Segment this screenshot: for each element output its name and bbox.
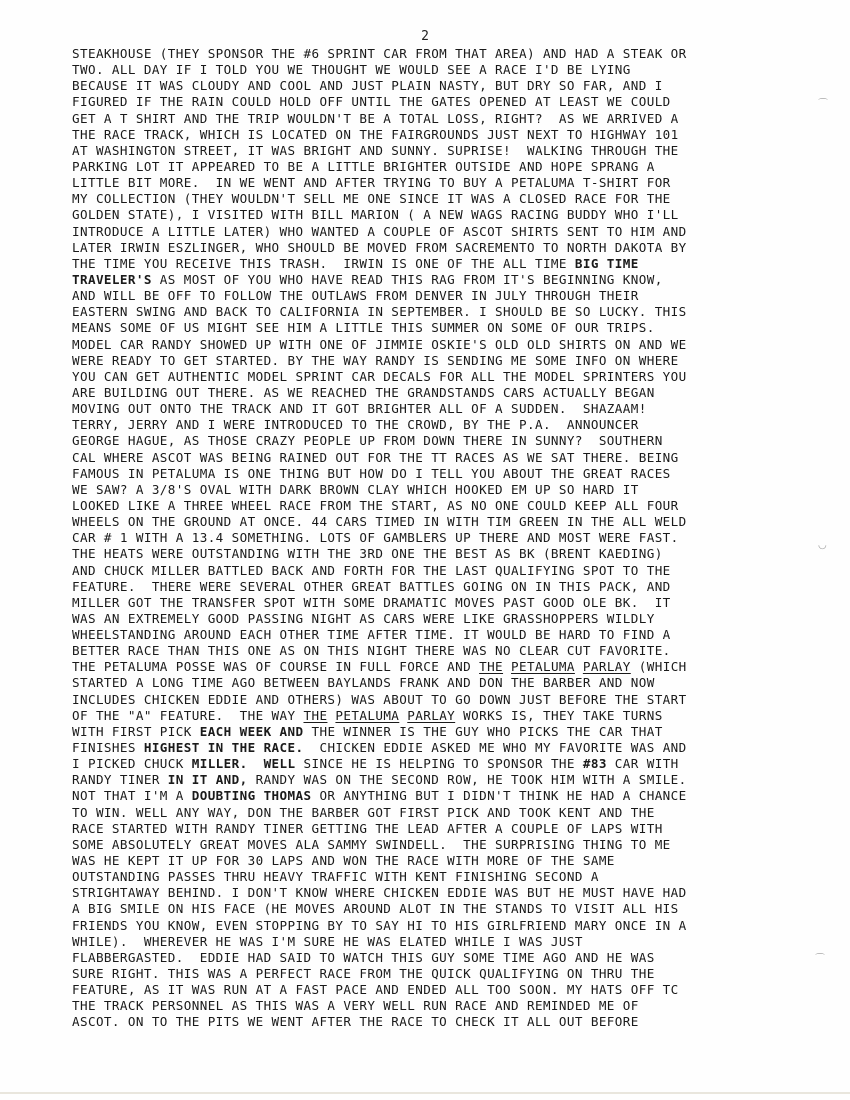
text-run: (WHICH	[631, 659, 687, 674]
text-line: EASTERN SWING AND BACK TO CALIFORNIA IN …	[72, 304, 850, 320]
text-run: THE RACE TRACK, WHICH IS LOCATED ON THE …	[72, 127, 679, 142]
text-run: I PICKED CHUCK	[72, 756, 192, 771]
text-line: ARE BUILDING OUT THERE. AS WE REACHED TH…	[72, 385, 850, 401]
text-line: FLABBERGASTED. EDDIE HAD SAID TO WATCH T…	[72, 950, 850, 966]
scan-mark: ⌒	[815, 950, 825, 965]
text-line: WHEELS ON THE GROUND AT ONCE. 44 CARS TI…	[72, 514, 850, 530]
text-line: FIGURED IF THE RAIN COULD HOLD OFF UNTIL…	[72, 94, 850, 110]
text-line: LATER IRWIN ESZLINGER, WHO SHOULD BE MOV…	[72, 240, 850, 256]
text-run: THE TRACK PERSONNEL AS THIS WAS A VERY W…	[72, 998, 639, 1013]
text-line: TWO. ALL DAY IF I TOLD YOU WE THOUGHT WE…	[72, 62, 850, 78]
text-run: BECAUSE IT WAS CLOUDY AND COOL AND JUST …	[72, 78, 663, 93]
text-run: TO WIN. WELL ANY WAY, DON THE BARBER GOT…	[72, 805, 655, 820]
text-run: CAR # 1 WITH A 13.4 SOMETHING. LOTS OF G…	[72, 530, 679, 545]
text-run: LITTLE BIT MORE. IN WE WENT AND AFTER TR…	[72, 175, 671, 190]
text-run: WHEELSTANDING AROUND EACH OTHER TIME AFT…	[72, 627, 671, 642]
text-run: CAR WITH	[607, 756, 679, 771]
text-line: TO WIN. WELL ANY WAY, DON THE BARBER GOT…	[72, 805, 850, 821]
text-line: WHILE). WHEREVER HE WAS I'M SURE HE WAS …	[72, 934, 850, 950]
scan-mark: ⌒	[818, 95, 828, 110]
text-line: NOT THAT I'M A DOUBTING THOMAS OR ANYTHI…	[72, 788, 850, 804]
text-line: MILLER GOT THE TRANSFER SPOT WITH SOME D…	[72, 595, 850, 611]
text-run: SINCE HE IS HELPING TO SPONSOR THE	[296, 756, 583, 771]
text-run: BETTER RACE THAN THIS ONE AS ON THIS NIG…	[72, 643, 671, 658]
text-line: ASCOT. ON TO THE PITS WE WENT AFTER THE …	[72, 1014, 850, 1030]
text-run: TWO. ALL DAY IF I TOLD YOU WE THOUGHT WE…	[72, 62, 631, 77]
text-line: FEATURE. THERE WERE SEVERAL OTHER GREAT …	[72, 579, 850, 595]
text-line: LOOKED LIKE A THREE WHEEL RACE FROM THE …	[72, 498, 850, 514]
text-run: STRIGHTAWAY BEHIND. I DON'T KNOW WHERE C…	[72, 885, 687, 900]
text-run: THE WINNER IS THE GUY WHO PICKS THE CAR …	[304, 724, 663, 739]
bold-text: BIG TIME	[575, 256, 639, 271]
text-line: PARKING LOT IT APPEARED TO BE A LITTLE B…	[72, 159, 850, 175]
text-line: RANDY TINER IN IT AND, RANDY WAS ON THE …	[72, 772, 850, 788]
text-run: ASCOT. ON TO THE PITS WE WENT AFTER THE …	[72, 1014, 639, 1029]
text-run	[248, 756, 264, 771]
text-run: INCLUDES CHICKEN EDDIE AND OTHERS) WAS A…	[72, 692, 687, 707]
text-line: MODEL CAR RANDY SHOWED UP WITH ONE OF JI…	[72, 337, 850, 353]
bold-text: EACH WEEK AND	[200, 724, 304, 739]
scan-mark: ◡	[818, 540, 827, 551]
text-run: WHEELS ON THE GROUND AT ONCE. 44 CARS TI…	[72, 514, 687, 529]
text-run: AND WILL BE OFF TO FOLLOW THE OUTLAWS FR…	[72, 288, 639, 303]
text-line: SURE RIGHT. THIS WAS A PERFECT RACE FROM…	[72, 966, 850, 982]
text-line: THE TRACK PERSONNEL AS THIS WAS A VERY W…	[72, 998, 850, 1014]
text-line: STRIGHTAWAY BEHIND. I DON'T KNOW WHERE C…	[72, 885, 850, 901]
text-line: WHEELSTANDING AROUND EACH OTHER TIME AFT…	[72, 627, 850, 643]
text-run: MOVING OUT ONTO THE TRACK AND IT GOT BRI…	[72, 401, 647, 416]
text-run	[503, 659, 511, 674]
text-run: LATER IRWIN ESZLINGER, WHO SHOULD BE MOV…	[72, 240, 687, 255]
text-line: BETTER RACE THAN THIS ONE AS ON THIS NIG…	[72, 643, 850, 659]
bold-text: WELL	[264, 756, 296, 771]
text-run: AS MOST OF YOU WHO HAVE READ THIS RAG FR…	[152, 272, 663, 287]
text-run: A BIG SMILE ON HIS FACE (HE MOVES AROUND…	[72, 901, 679, 916]
text-line: A BIG SMILE ON HIS FACE (HE MOVES AROUND…	[72, 901, 850, 917]
text-line: LITTLE BIT MORE. IN WE WENT AND AFTER TR…	[72, 175, 850, 191]
text-line: INTRODUCE A LITTLE LATER) WHO WANTED A C…	[72, 224, 850, 240]
text-line: MY COLLECTION (THEY WOULDN'T SELL ME ONE…	[72, 191, 850, 207]
text-run: OF THE "A" FEATURE. THE WAY	[72, 708, 303, 723]
text-line: FAMOUS IN PETALUMA IS ONE THING BUT HOW …	[72, 466, 850, 482]
text-run: FIGURED IF THE RAIN COULD HOLD OFF UNTIL…	[72, 94, 671, 109]
text-line: WERE READY TO GET STARTED. BY THE WAY RA…	[72, 353, 850, 369]
text-run: FINISHES	[72, 740, 144, 755]
text-run: NOT THAT I'M A	[72, 788, 192, 803]
bold-text: TRAVELER'S	[72, 272, 152, 287]
text-line: WITH FIRST PICK EACH WEEK AND THE WINNER…	[72, 724, 850, 740]
text-run: PARKING LOT IT APPEARED TO BE A LITTLE B…	[72, 159, 655, 174]
text-run: AT WASHINGTON STREET, IT WAS BRIGHT AND …	[72, 143, 679, 158]
text-run: WORKS IS, THEY TAKE TURNS	[455, 708, 663, 723]
text-line: MOVING OUT ONTO THE TRACK AND IT GOT BRI…	[72, 401, 850, 417]
text-run: OUTSTANDING PASSES THRU HEAVY TRAFFIC WI…	[72, 869, 599, 884]
text-run: THE PETALUMA POSSE WAS OF COURSE IN FULL…	[72, 659, 479, 674]
text-line: THE HEATS WERE OUTSTANDING WITH THE 3RD …	[72, 546, 850, 562]
text-run: THE TIME YOU RECEIVE THIS TRASH. IRWIN I…	[72, 256, 575, 271]
text-run: FEATURE. THERE WERE SEVERAL OTHER GREAT …	[72, 579, 671, 594]
page-edge	[0, 1092, 850, 1094]
bold-text: MILLER.	[192, 756, 248, 771]
text-line: THE RACE TRACK, WHICH IS LOCATED ON THE …	[72, 127, 850, 143]
text-run: GEORGE HAGUE, AS THOSE CRAZY PEOPLE UP F…	[72, 433, 663, 448]
text-line: THE PETALUMA POSSE WAS OF COURSE IN FULL…	[72, 659, 850, 675]
text-run: FEATURE, AS IT WAS RUN AT A FAST PACE AN…	[72, 982, 679, 997]
text-run: MY COLLECTION (THEY WOULDN'T SELL ME ONE…	[72, 191, 671, 206]
body-text: STEAKHOUSE (THEY SPONSOR THE #6 SPRINT C…	[72, 46, 850, 1031]
bold-text: HIGHEST IN THE RACE.	[144, 740, 304, 755]
underlined-text: THE	[303, 708, 327, 723]
text-line: I PICKED CHUCK MILLER. WELL SINCE HE IS …	[72, 756, 850, 772]
text-run: FAMOUS IN PETALUMA IS ONE THING BUT HOW …	[72, 466, 671, 481]
text-line: AND CHUCK MILLER BATTLED BACK AND FORTH …	[72, 563, 850, 579]
text-run: OR ANYTHING BUT I DIDN'T THINK HE HAD A …	[311, 788, 686, 803]
text-run: CHICKEN EDDIE ASKED ME WHO MY FAVORITE W…	[304, 740, 687, 755]
text-line: TRAVELER'S AS MOST OF YOU WHO HAVE READ …	[72, 272, 850, 288]
text-run: GOLDEN STATE), I VISITED WITH BILL MARIO…	[72, 207, 679, 222]
text-line: STEAKHOUSE (THEY SPONSOR THE #6 SPRINT C…	[72, 46, 850, 62]
text-line: OF THE "A" FEATURE. THE WAY THE PETALUMA…	[72, 708, 850, 724]
document-page: 2 STEAKHOUSE (THEY SPONSOR THE #6 SPRINT…	[0, 0, 850, 1100]
underlined-text: PARLAY	[583, 659, 631, 674]
text-line: INCLUDES CHICKEN EDDIE AND OTHERS) WAS A…	[72, 692, 850, 708]
text-run: MILLER GOT THE TRANSFER SPOT WITH SOME D…	[72, 595, 671, 610]
text-run: LOOKED LIKE A THREE WHEEL RACE FROM THE …	[72, 498, 679, 513]
text-line: TERRY, JERRY AND I WERE INTRODUCED TO TH…	[72, 417, 850, 433]
text-run: ARE BUILDING OUT THERE. AS WE REACHED TH…	[72, 385, 655, 400]
text-run: FLABBERGASTED. EDDIE HAD SAID TO WATCH T…	[72, 950, 655, 965]
text-line: CAL WHERE ASCOT WAS BEING RAINED OUT FOR…	[72, 450, 850, 466]
underlined-text: THE	[479, 659, 503, 674]
text-line: STARTED A LONG TIME AGO BETWEEN BAYLANDS…	[72, 675, 850, 691]
text-run: FRIENDS YOU KNOW, EVEN STOPPING BY TO SA…	[72, 918, 687, 933]
text-run: WAS AN EXTREMELY GOOD PASSING NIGHT AS C…	[72, 611, 655, 626]
text-run: MEANS SOME OF US MIGHT SEE HIM A LITTLE …	[72, 320, 655, 335]
text-run: STEAKHOUSE (THEY SPONSOR THE #6 SPRINT C…	[72, 46, 687, 61]
text-run: WHILE). WHEREVER HE WAS I'M SURE HE WAS …	[72, 934, 583, 949]
text-run: SOME ABSOLUTELY GREAT MOVES ALA SAMMY SW…	[72, 837, 671, 852]
text-line: BECAUSE IT WAS CLOUDY AND COOL AND JUST …	[72, 78, 850, 94]
text-run: WERE READY TO GET STARTED. BY THE WAY RA…	[72, 353, 679, 368]
text-line: GOLDEN STATE), I VISITED WITH BILL MARIO…	[72, 207, 850, 223]
text-run: RACE STARTED WITH RANDY TINER GETTING TH…	[72, 821, 663, 836]
text-line: YOU CAN GET AUTHENTIC MODEL SPRINT CAR D…	[72, 369, 850, 385]
text-run: WE SAW? A 3/8'S OVAL WITH DARK BROWN CLA…	[72, 482, 639, 497]
text-run: CAL WHERE ASCOT WAS BEING RAINED OUT FOR…	[72, 450, 679, 465]
bold-text: IN IT AND,	[168, 772, 248, 787]
text-run: AND CHUCK MILLER BATTLED BACK AND FORTH …	[72, 563, 671, 578]
text-run: GET A T SHIRT AND THE TRIP WOULDN'T BE A…	[72, 111, 679, 126]
text-run: STARTED A LONG TIME AGO BETWEEN BAYLANDS…	[72, 675, 655, 690]
bold-text: DOUBTING THOMAS	[192, 788, 312, 803]
text-line: WAS HE KEPT IT UP FOR 30 LAPS AND WON TH…	[72, 853, 850, 869]
text-line: AT WASHINGTON STREET, IT WAS BRIGHT AND …	[72, 143, 850, 159]
bold-text: #83	[583, 756, 607, 771]
text-run: SURE RIGHT. THIS WAS A PERFECT RACE FROM…	[72, 966, 655, 981]
underlined-text: PETALUMA	[335, 708, 399, 723]
text-line: FEATURE, AS IT WAS RUN AT A FAST PACE AN…	[72, 982, 850, 998]
text-line: RACE STARTED WITH RANDY TINER GETTING TH…	[72, 821, 850, 837]
text-run: THE HEATS WERE OUTSTANDING WITH THE 3RD …	[72, 546, 663, 561]
text-line: FINISHES HIGHEST IN THE RACE. CHICKEN ED…	[72, 740, 850, 756]
underlined-text: PARLAY	[407, 708, 455, 723]
text-run: WAS HE KEPT IT UP FOR 30 LAPS AND WON TH…	[72, 853, 615, 868]
text-run	[575, 659, 583, 674]
text-line: CAR # 1 WITH A 13.4 SOMETHING. LOTS OF G…	[72, 530, 850, 546]
text-run: MODEL CAR RANDY SHOWED UP WITH ONE OF JI…	[72, 337, 687, 352]
text-line: THE TIME YOU RECEIVE THIS TRASH. IRWIN I…	[72, 256, 850, 272]
text-run: INTRODUCE A LITTLE LATER) WHO WANTED A C…	[72, 224, 687, 239]
text-line: AND WILL BE OFF TO FOLLOW THE OUTLAWS FR…	[72, 288, 850, 304]
page-number: 2	[0, 29, 850, 44]
text-line: SOME ABSOLUTELY GREAT MOVES ALA SAMMY SW…	[72, 837, 850, 853]
text-run: YOU CAN GET AUTHENTIC MODEL SPRINT CAR D…	[72, 369, 687, 384]
text-line: MEANS SOME OF US MIGHT SEE HIM A LITTLE …	[72, 320, 850, 336]
text-run: RANDY TINER	[72, 772, 168, 787]
text-line: GEORGE HAGUE, AS THOSE CRAZY PEOPLE UP F…	[72, 433, 850, 449]
text-run: EASTERN SWING AND BACK TO CALIFORNIA IN …	[72, 304, 687, 319]
underlined-text: PETALUMA	[511, 659, 575, 674]
text-line: OUTSTANDING PASSES THRU HEAVY TRAFFIC WI…	[72, 869, 850, 885]
text-line: FRIENDS YOU KNOW, EVEN STOPPING BY TO SA…	[72, 918, 850, 934]
text-run: TERRY, JERRY AND I WERE INTRODUCED TO TH…	[72, 417, 639, 432]
text-line: GET A T SHIRT AND THE TRIP WOULDN'T BE A…	[72, 111, 850, 127]
text-line: WE SAW? A 3/8'S OVAL WITH DARK BROWN CLA…	[72, 482, 850, 498]
text-run: RANDY WAS ON THE SECOND ROW, HE TOOK HIM…	[248, 772, 687, 787]
text-line: WAS AN EXTREMELY GOOD PASSING NIGHT AS C…	[72, 611, 850, 627]
text-run: WITH FIRST PICK	[72, 724, 200, 739]
